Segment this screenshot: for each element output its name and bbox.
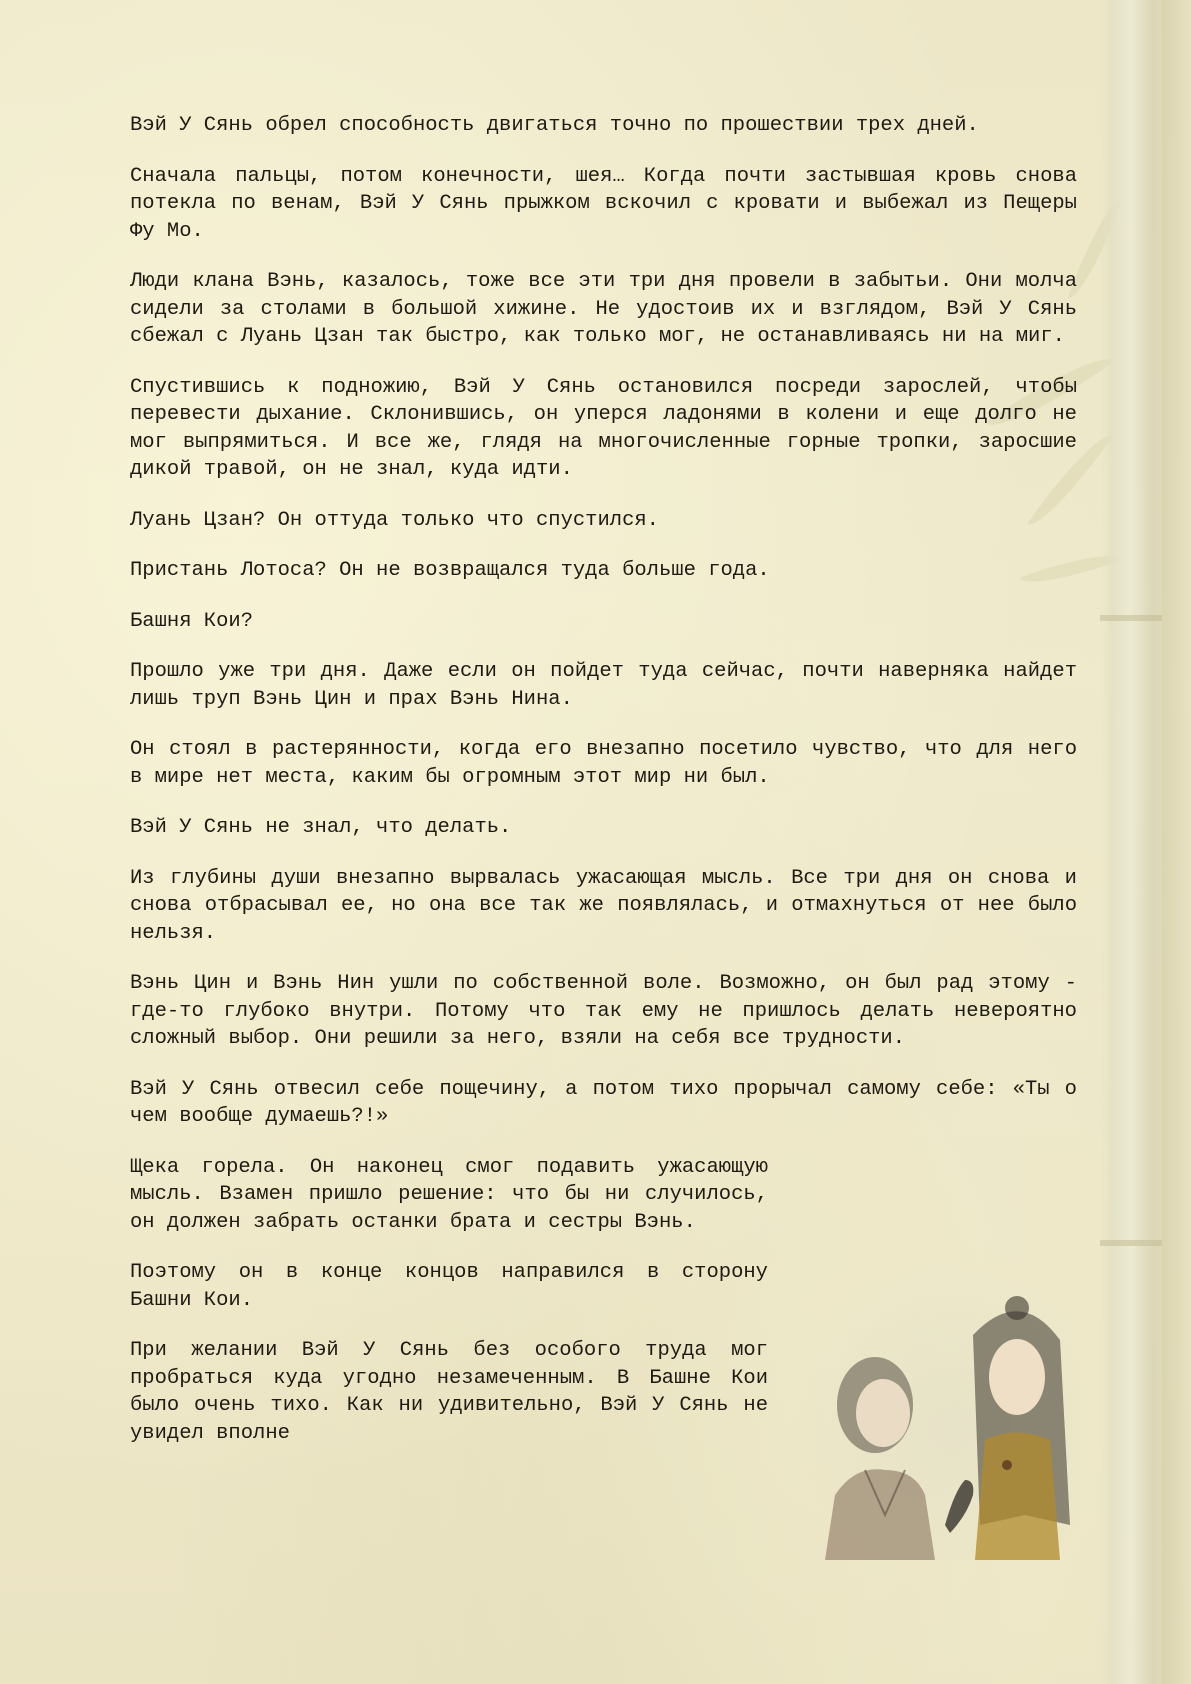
paragraph: Пристань Лотоса? Он не возвращался туда … [130,557,1077,585]
illustration-figures [795,1265,1080,1560]
paragraph: Спустившись к подножию, Вэй У Сянь остан… [130,374,1077,484]
paragraph: Вэй У Сянь отвесил себе пощечину, а пото… [130,1076,1077,1131]
paragraph: Башня Кои? [130,608,1077,636]
paragraph: Вэй У Сянь не знал, что делать. [130,814,1077,842]
paragraph: Луань Цзан? Он оттуда только что спустил… [130,507,1077,535]
bamboo-node [1100,1240,1162,1246]
paragraph: Вэй У Сянь обрел способность двигаться т… [130,112,1077,140]
bamboo-edge-decoration [1162,0,1191,1684]
bamboo-pole-decoration [1100,0,1162,1684]
paragraph: Люди клана Вэнь, казалось, тоже все эти … [130,268,1077,351]
paragraph: Сначала пальцы, потом конечности, шея… К… [130,163,1077,246]
paragraph: Он стоял в растерянности, когда его внез… [130,736,1077,791]
paragraph: Прошло уже три дня. Даже если он пойдет … [130,658,1077,713]
bamboo-node [1100,615,1162,621]
paragraph: Щека горела. Он наконец смог подавить уж… [130,1154,768,1237]
character-illustration [795,1265,1080,1560]
paragraph: Поэтому он в конце концов направился в с… [130,1259,768,1314]
paragraph: Из глубины души внезапно вырвалась ужаса… [130,865,1077,948]
paragraph: Вэнь Цин и Вэнь Нин ушли по собственной … [130,970,1077,1053]
paragraph: При желании Вэй У Сянь без особого труда… [130,1337,768,1447]
